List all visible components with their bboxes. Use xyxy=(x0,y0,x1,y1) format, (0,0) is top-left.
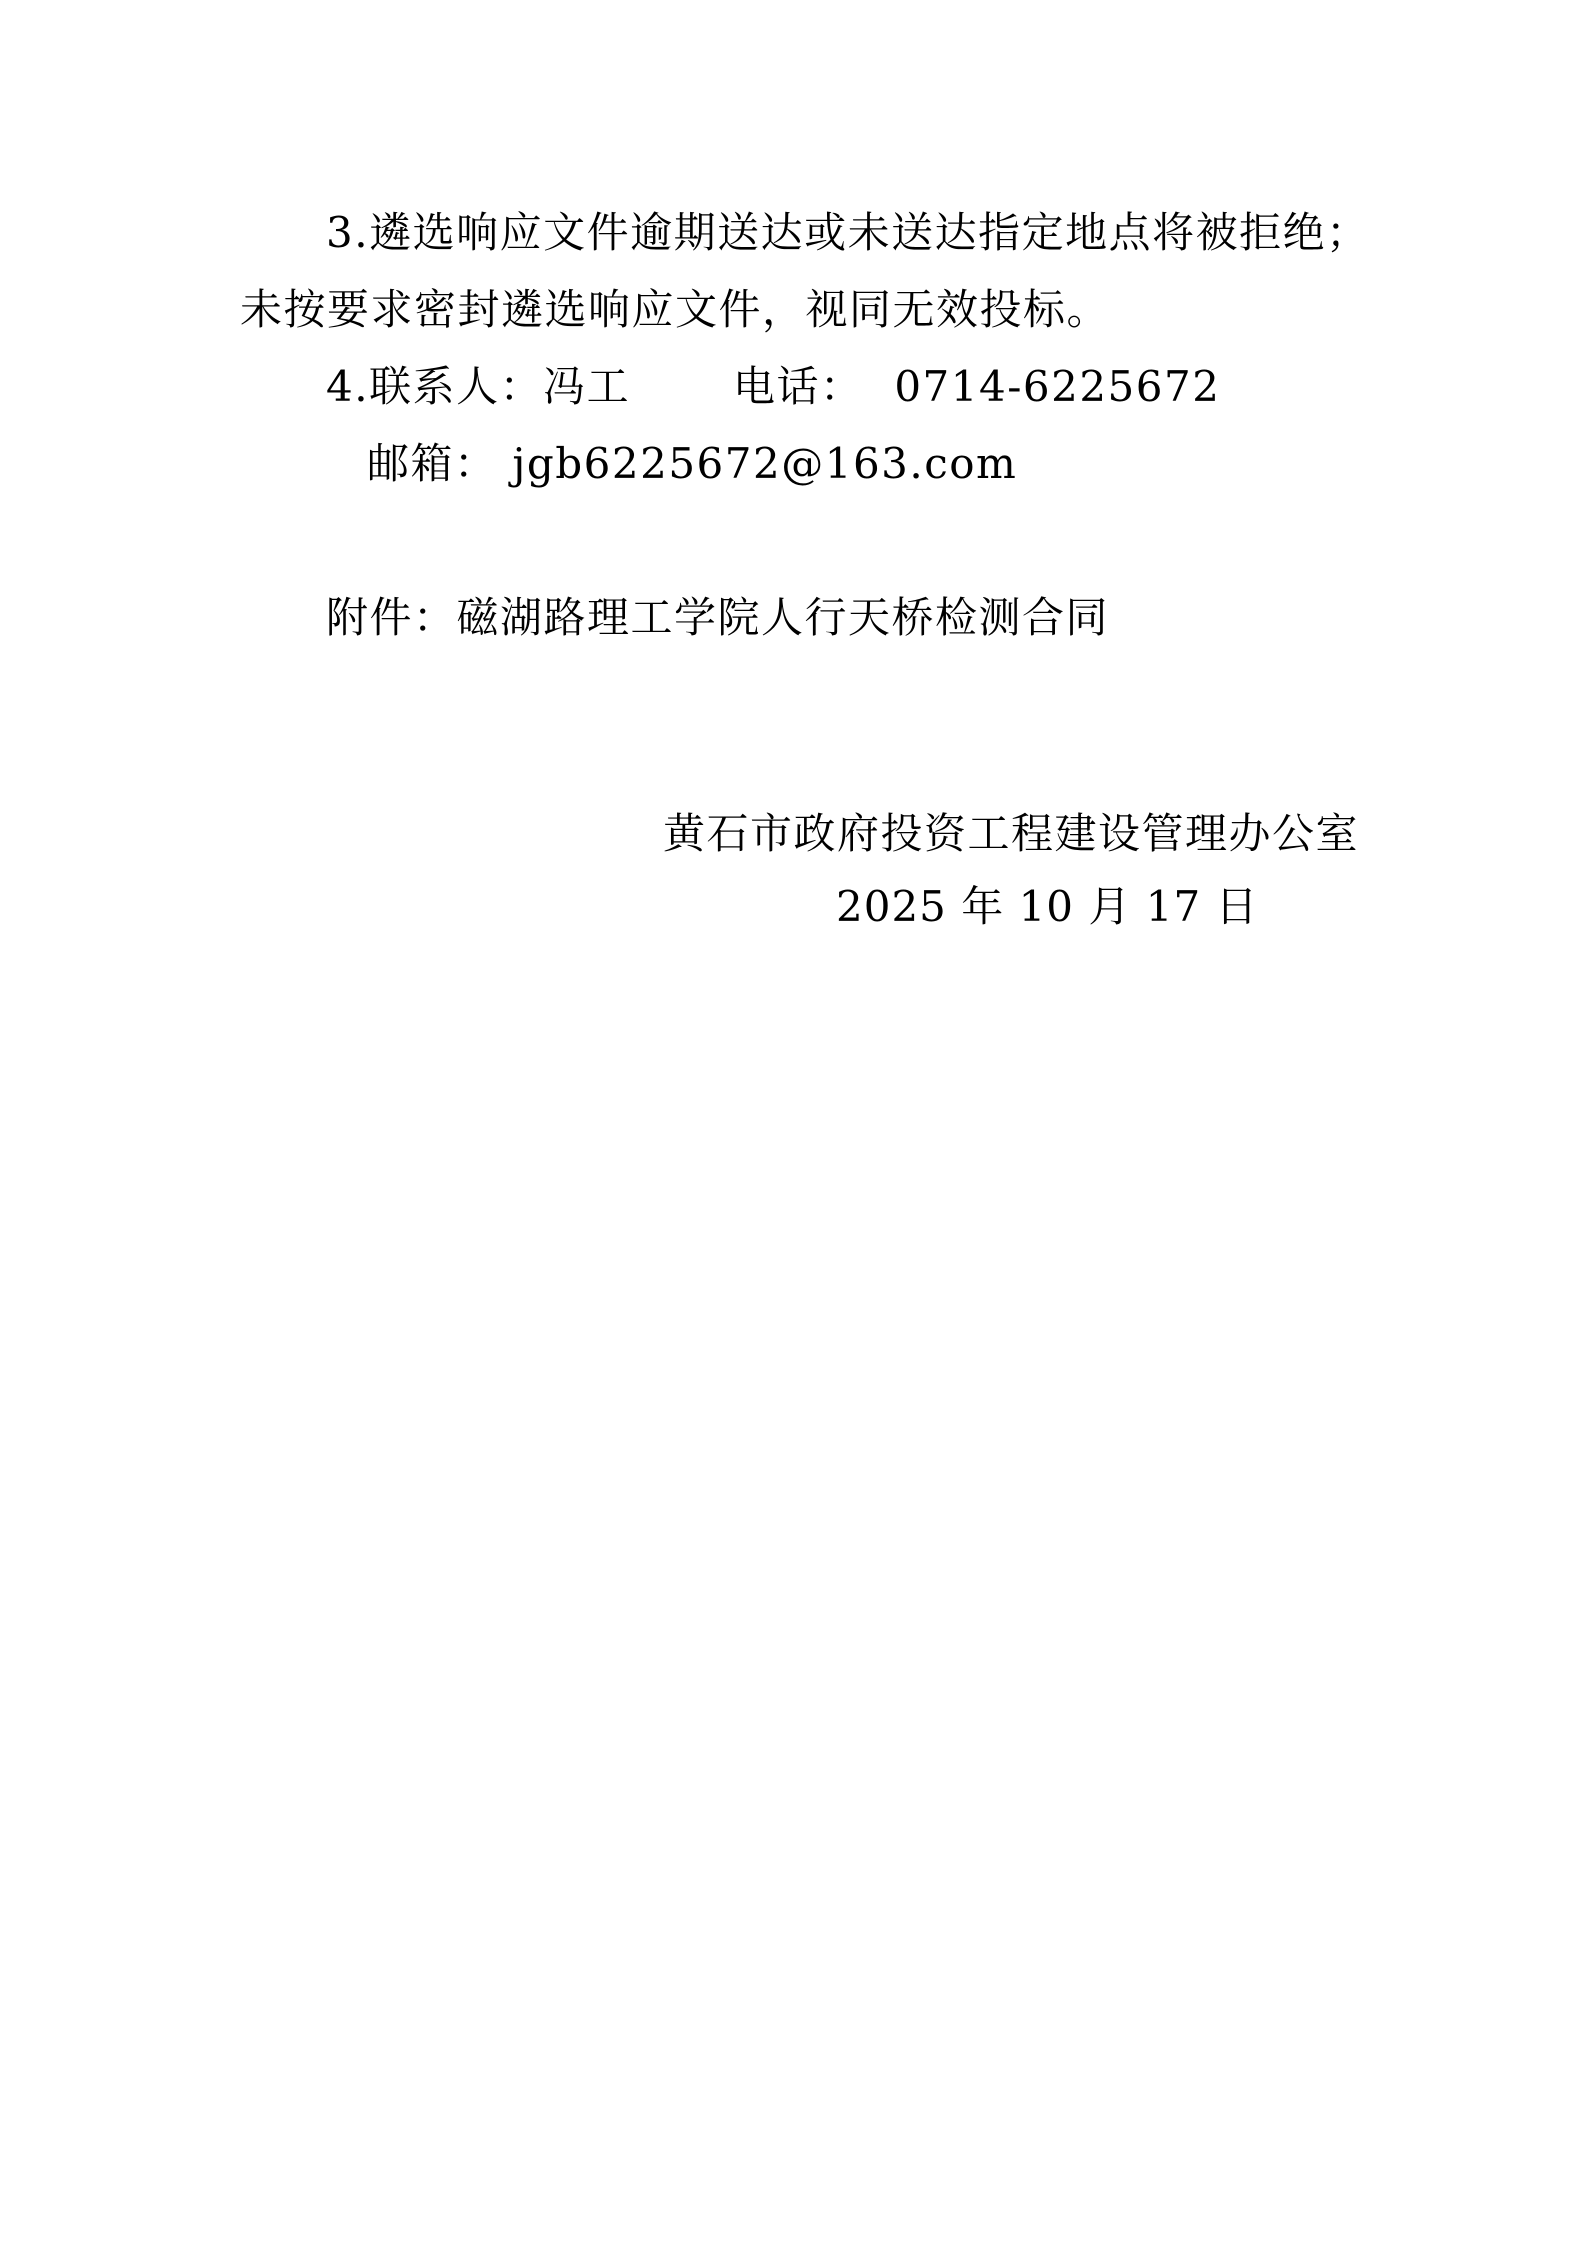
clause3-line1: 3.遴选响应文件逾期送达或未送达指定地点将被拒绝； xyxy=(240,194,1350,271)
signature-date: 2025 年 10 月 17 日 xyxy=(836,868,1259,945)
email-line: 邮箱： jgb6225672@163.com xyxy=(240,425,1350,502)
attachment-line: 附件：磁湖路理工学院人行天桥检测合同 xyxy=(240,579,1350,656)
phone-number: 0714-6225672 xyxy=(894,362,1220,411)
document-body: 3.遴选响应文件逾期送达或未送达指定地点将被拒绝； 未按要求密封遴选响应文件，视… xyxy=(240,194,1350,656)
email-label: 邮箱： xyxy=(367,439,498,488)
clause4-contact-line: 4.联系人：冯工 电话： 0714-6225672 xyxy=(240,348,1350,425)
email-address: jgb6225672@163.com xyxy=(512,439,1017,488)
blank-line xyxy=(240,502,1350,579)
signature-organization: 黄石市政府投资工程建设管理办公室 xyxy=(663,795,1359,872)
phone-label: 电话： xyxy=(733,362,864,411)
clause3-line2: 未按要求密封遴选响应文件，视同无效投标。 xyxy=(240,271,1350,348)
document-page: 3.遴选响应文件逾期送达或未送达指定地点将被拒绝； 未按要求密封遴选响应文件，视… xyxy=(0,0,1587,2245)
contact-person: 4.联系人：冯工 xyxy=(326,362,630,411)
